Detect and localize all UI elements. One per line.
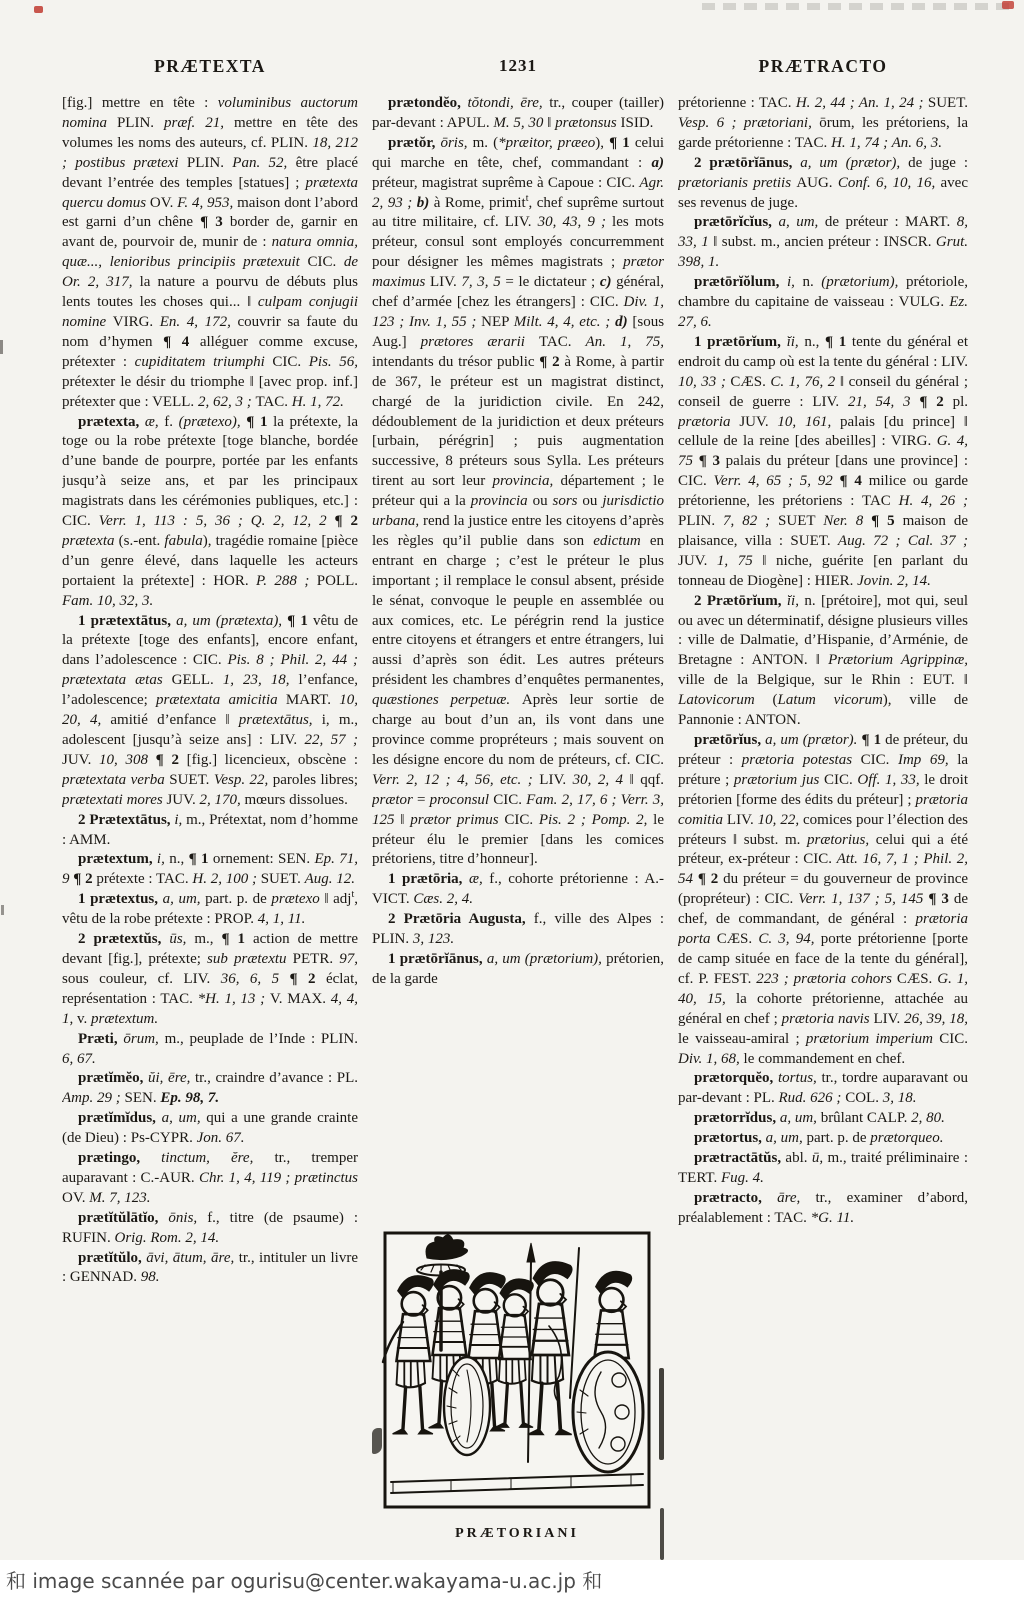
text-run: C. 1, 76, 2	[770, 374, 839, 390]
running-head-left: PRÆTEXTA	[62, 56, 358, 77]
text-run: præf. 21,	[164, 115, 234, 131]
text-run: Verr. 4, 65 ; 5, 92	[714, 473, 840, 489]
text-run: ‖ qqf.	[630, 772, 664, 788]
text-run: Latum vicorum	[777, 692, 882, 708]
text-run: ¶ 5	[871, 513, 902, 529]
text-run: SUET.	[261, 871, 305, 887]
text-run: ūs,	[169, 931, 194, 947]
text-run: GELL.	[172, 672, 223, 688]
ink-smudge-artifact	[659, 1368, 664, 1460]
text-run: prætoria navis	[782, 1011, 874, 1027]
text-run: Fam. 10, 32, 3.	[62, 593, 153, 609]
shield-icon	[444, 1357, 490, 1455]
text-run: Div. 1, 68,	[678, 1051, 744, 1067]
text-run: TAC.	[539, 334, 586, 350]
text-run: JUV.	[678, 553, 717, 569]
ink-smudge-artifact	[1, 905, 4, 915]
scan-credit-text: 和 image scannée par ogurisu@center.wakay…	[6, 1565, 602, 1594]
text-run: Imp 69,	[898, 752, 957, 768]
text-run: 4, 1, 11.	[258, 911, 306, 927]
praetoriani-figure: PRÆTORIANI	[378, 1230, 656, 1542]
text-run: prætōrĭus,	[694, 732, 765, 748]
text-run: CÆS.	[730, 374, 770, 390]
text-run: prætexta	[62, 533, 119, 549]
text-run: LIV.	[727, 812, 758, 828]
text-run: 2 Prætōrĭum,	[694, 593, 787, 609]
text-run: F. 4, 953,	[177, 195, 237, 211]
dictionary-entry: prætorrĭdus, a, um, brûlant CALP. 2, 80.	[678, 1109, 968, 1129]
dictionary-entry: 2 Prætextātus, i, m., Prétextat, nom d’h…	[62, 811, 358, 851]
text-run: ¶ 2	[539, 354, 564, 370]
text-run: ¶ 1	[221, 931, 253, 947]
text-run: prætextati mores	[62, 792, 166, 808]
text-run: 2 Prætōria Augusta,	[388, 911, 534, 927]
text-run: ¶ 2	[156, 752, 187, 768]
text-run: a, um,	[163, 891, 206, 907]
dictionary-entry: 1 prætōria, æ, f., cohorte prétorienne :…	[372, 870, 664, 910]
text-run: CIC.	[307, 254, 343, 270]
ink-smudge-artifact	[0, 340, 3, 354]
text-run: ¶ 1	[287, 613, 313, 629]
dictionary-entry: Præti, ōrum, m., peuplade de l’Inde : PL…	[62, 1030, 358, 1070]
text-run: fabula	[164, 533, 202, 549]
text-run: ¶ 2	[73, 871, 96, 887]
text-run: SUET.	[928, 95, 968, 111]
text-run: ville de la Belgique, sur le Rhin : EUT.…	[678, 672, 968, 688]
text-run: 2 Prætextātus,	[78, 812, 174, 828]
text-run: en entrant en charge ; c’est le préteur …	[372, 533, 664, 688]
text-run: Pis. 56,	[309, 354, 358, 370]
text-run: Pis. 2 ; Pomp. 2,	[539, 812, 653, 828]
text-run: ¶ 3	[928, 891, 954, 907]
text-run: AUG.	[796, 175, 838, 191]
text-run: CIC.	[824, 772, 857, 788]
dictionary-entry: 1 prætōrĭum, ĭi, n., ¶ 1 tente du généra…	[678, 333, 968, 592]
text-run: LIV.	[873, 1011, 904, 1027]
text-run: prétorienne : TAC.	[678, 95, 796, 111]
text-run: ōrum,	[123, 1031, 164, 1047]
text-run: prætexo	[271, 891, 324, 907]
text-run: a, um,	[778, 214, 824, 230]
text-run: CÆS.	[717, 931, 759, 947]
dictionary-page: PRÆTEXTA 1231 PRÆTRACTO [fig.] mettre en…	[0, 0, 1024, 1600]
text-run: JUV.	[166, 792, 199, 808]
text-run: a, um,	[162, 1110, 207, 1126]
dictionary-entry: prætĭmĕo, ŭi, ēre, tr., craindre d’avanc…	[62, 1069, 358, 1109]
text-run: 1 prætōrĭum,	[694, 334, 787, 350]
text-run: ōnis,	[168, 1210, 207, 1226]
text-run: ISID.	[621, 115, 654, 131]
text-run: H. 1, 74 ; An. 6, 3.	[831, 135, 942, 151]
dictionary-entry: prætŏr, ōris, m. (*præitor, præeo), ¶ 1 …	[372, 134, 664, 871]
text-run: ¶ 2	[919, 394, 952, 410]
dictionary-entry: prætondĕo, tŏtondi, ēre, tr., couper (ta…	[372, 94, 664, 134]
text-run: 36, 6, 5	[221, 971, 290, 987]
text-run: An. 1, 75,	[586, 334, 664, 350]
text-run: OV.	[62, 1190, 89, 1206]
text-run: prætextata verba	[62, 772, 169, 788]
text-run: PLIN.	[678, 513, 723, 529]
text-run: a, um (prætexta),	[176, 613, 287, 629]
text-run: Pan. 52,	[232, 155, 295, 171]
text-run: n.,	[169, 851, 188, 867]
text-run: [fig.] licencieux, obscène :	[187, 752, 358, 768]
text-run: SUET.	[169, 772, 214, 788]
text-run: c)	[600, 274, 616, 290]
text-run: ‖	[547, 115, 555, 131]
text-run: (prætorium),	[821, 274, 906, 290]
text-run: C. 3, 94,	[758, 931, 820, 947]
text-run: prætĭmĭdus,	[78, 1110, 162, 1126]
praetoriani-illustration	[381, 1230, 653, 1522]
dictionary-entry: prætingo, tinctum, ĕre, tr., tremper aup…	[62, 1149, 358, 1209]
text-run: ¶ 1	[189, 851, 213, 867]
text-run: Verr. 1, 137 ; 5, 145	[798, 891, 928, 907]
text-run: 7, 82 ;	[723, 513, 778, 529]
text-run: préteur, magistrat suprême à Capoue : CI…	[372, 175, 639, 191]
text-run: prætexta,	[78, 414, 145, 430]
text-run: PETR.	[293, 951, 340, 967]
text-run: edictum	[593, 533, 650, 549]
text-run: MART.	[286, 692, 339, 708]
text-run: ¶ 2	[698, 871, 723, 887]
ink-smudge-artifact	[660, 1508, 664, 1560]
text-run: prætextātus,	[239, 712, 322, 728]
text-run: CIC.	[861, 752, 898, 768]
running-head: PRÆTEXTA 1231 PRÆTRACTO	[0, 56, 1024, 80]
text-run: 6, 67.	[62, 1051, 96, 1067]
text-run: Milt. 4, 4, etc. ;	[514, 314, 615, 330]
text-run: 1, 23, 18,	[223, 672, 299, 688]
running-head-right: PRÆTRACTO	[678, 56, 968, 77]
text-run: ĭi,	[787, 334, 805, 350]
text-run: prætoria	[678, 414, 739, 430]
text-run: de juge :	[908, 155, 968, 171]
text-run: SUET	[778, 513, 823, 529]
text-run: a, um (prætor),	[800, 155, 908, 171]
text-run: la prétexte, la toge ou la robe prétexte…	[62, 414, 358, 530]
decorated-shield-icon	[573, 1352, 643, 1472]
text-run: quæstiones perpetuæ.	[372, 692, 522, 708]
text-run: tinctum, ĕre,	[161, 1150, 274, 1166]
text-run: Jon. 67.	[197, 1130, 245, 1146]
text-run: Rud. 626 ;	[779, 1090, 846, 1106]
text-run: 3, 18.	[883, 1090, 917, 1106]
text-run: āvi, ātum, āre,	[146, 1250, 238, 1266]
text-run: tortus,	[778, 1070, 821, 1086]
text-run: 1 prætōrĭānus,	[388, 951, 487, 967]
text-run: Verr. 1, 113 : 5, 36 ; Q. 2, 12, 2	[99, 513, 335, 529]
text-run: prætextum.	[91, 1011, 158, 1027]
text-run: prétexte : TAC.	[96, 871, 192, 887]
text-run: prætondĕo,	[388, 95, 468, 111]
text-run: JUV.	[62, 752, 99, 768]
text-run: prætĭtŭlātĭo,	[78, 1210, 168, 1226]
dictionary-entry: 1 prætextātus, a, um (prætexta), ¶ 1 vêt…	[62, 612, 358, 811]
text-run: NEP	[481, 314, 514, 330]
text-run: ĭi,	[787, 593, 805, 609]
text-run: (s.-ent.	[119, 533, 165, 549]
text-run: a, um,	[766, 1130, 807, 1146]
text-run: prætorianis pretiis	[678, 175, 796, 191]
text-run: Aug. 72 ; Cal. 37 ;	[838, 533, 968, 549]
text-run: Prætorium Agrippinæ,	[828, 652, 968, 668]
text-run: CÆS.	[897, 971, 937, 987]
text-run: Amp. 29 ;	[62, 1090, 125, 1106]
text-run: prætorium imperium	[806, 1031, 939, 1047]
text-run: prætŏr,	[388, 135, 440, 151]
text-run: m.,	[194, 931, 221, 947]
text-run: paroles libres;	[273, 772, 358, 788]
text-run: ¶ 4	[163, 334, 200, 350]
text-run: Orig. Rom. 2, 14.	[115, 1230, 220, 1246]
dictionary-entry: prætĭmĭdus, a, um, qui a une grande crai…	[62, 1109, 358, 1149]
dictionary-entry: 2 Prætōria Augusta, f., ville des Alpes …	[372, 910, 664, 950]
text-run: Latovicorum	[678, 692, 772, 708]
text-run: 1 prætextus,	[78, 891, 163, 907]
text-run: prætĭtŭlo,	[78, 1250, 146, 1266]
dictionary-entry: 2 prætextŭs, ūs, m., ¶ 1 action de mettr…	[62, 930, 358, 1030]
text-run: v.	[77, 1011, 91, 1027]
text-run: æ,	[145, 414, 164, 430]
text-run: 2, 170,	[200, 792, 245, 808]
text-run: prætoria potestas	[742, 752, 861, 768]
text-run: (prætexo),	[179, 414, 247, 430]
text-run: ¶ 3	[699, 453, 726, 469]
text-run: n.,	[804, 334, 825, 350]
text-run: part. p. de	[205, 891, 271, 907]
text-run: ¶ 1	[609, 135, 635, 151]
text-run: ōris,	[440, 135, 472, 151]
text-run: Ep. 98, 7.	[160, 1090, 219, 1106]
text-run: æ,	[469, 871, 489, 887]
text-run: M. 7, 123.	[89, 1190, 150, 1206]
dictionary-entry: prétorienne : TAC. H. 2, 44 ; An. 1, 24 …	[678, 94, 968, 154]
text-run: a, um (prætor).	[765, 732, 861, 748]
text-run: H. 2, 100 ;	[192, 871, 260, 887]
text-run: 2 prætōrĭānus,	[694, 155, 800, 171]
text-run: ornement: SEN.	[213, 851, 315, 867]
text-run: a)	[652, 155, 665, 171]
text-run: En. 4, 172,	[160, 314, 238, 330]
dictionary-entry: prætracto, āre, tr., examiner d’abord, p…	[678, 1189, 968, 1229]
dictionary-entry: prætĭtŭlo, āvi, ātum, āre, tr., intitule…	[62, 1249, 358, 1289]
text-run: amitié d’enfance ‖	[110, 712, 238, 728]
text-run: = le dictateur ;	[505, 274, 599, 290]
text-run: sous couleur, cf. LIV.	[62, 971, 221, 987]
text-run: intendants du trésor public	[372, 354, 539, 370]
column-middle: prætondĕo, tŏtondi, ēre, tr., couper (ta…	[372, 94, 664, 1230]
text-run: à Rome, à partir de 367, le préteur est …	[372, 354, 664, 489]
text-run: i,	[174, 812, 186, 828]
text-run: Verr. 2, 12 ; 4, 56, etc. ;	[372, 772, 539, 788]
column-right: prétorienne : TAC. H. 2, 44 ; An. 1, 24 …	[678, 94, 968, 1560]
text-run: ¶ 3	[200, 214, 230, 230]
text-run: m. (	[473, 135, 498, 151]
text-run: ),	[595, 135, 609, 151]
dictionary-entry: prætōrĭus, a, um (prætor). ¶ 1 de préteu…	[678, 731, 968, 1069]
text-run: cupiditatem triumphi	[135, 354, 273, 370]
text-run: ou	[582, 493, 602, 509]
column-left: [fig.] mettre en tête : voluminibus auct…	[62, 94, 358, 1560]
text-run: i,	[787, 274, 802, 290]
text-run: prætonsus	[555, 115, 620, 131]
text-run: CIC.	[272, 354, 308, 370]
text-run: 1, 75	[717, 553, 762, 569]
text-run: ‖ subst. m., ancien préteur : INSCR.	[713, 234, 936, 250]
dictionary-entry: prætorquĕo, tortus, tr., tordre auparava…	[678, 1069, 968, 1109]
text-run: Aug. 12.	[305, 871, 355, 887]
text-run: f.	[164, 414, 178, 430]
text-run: TAC.	[255, 394, 291, 410]
text-run: 2 prætextŭs,	[78, 931, 169, 947]
text-run: tr., craindre d’avance : PL.	[195, 1070, 358, 1086]
text-run: le vaisseau-amiral ;	[678, 1031, 806, 1047]
text-run: VIRG.	[113, 314, 160, 330]
text-run: *præitor, præeo	[498, 135, 595, 151]
text-run: pl.	[953, 394, 968, 410]
text-run: 3, 123.	[413, 931, 454, 947]
text-run: prætores ærarii	[421, 334, 539, 350]
text-run: Off. 1, 33,	[857, 772, 924, 788]
text-run: Jovin. 2, 14.	[857, 573, 931, 589]
text-run: Fug. 4.	[721, 1170, 764, 1186]
text-run: Vesp. 22,	[214, 772, 273, 788]
text-run: ¶ 1	[861, 732, 885, 748]
text-run: 26, 39, 18,	[904, 1011, 968, 1027]
text-run: ŭi, ēre,	[148, 1070, 195, 1086]
text-run: ¶ 1	[825, 334, 852, 350]
text-run: LIV.	[430, 274, 461, 290]
text-run: prætōrĭŏlum,	[694, 274, 787, 290]
text-run: 1 prætōria,	[388, 871, 469, 887]
text-run: H. 4, 26 ;	[899, 493, 968, 509]
text-run: H. 1, 72.	[292, 394, 344, 410]
text-run: āre,	[777, 1190, 815, 1206]
dictionary-entry: prætōrĭcĭus, a, um, de préteur : MART. 8…	[678, 213, 968, 273]
text-run: prætortus,	[694, 1130, 766, 1146]
figure-caption: PRÆTORIANI	[378, 1526, 656, 1542]
text-run: POLL.	[317, 573, 358, 589]
text-run: n.	[802, 274, 821, 290]
text-run: prætorius,	[807, 832, 876, 848]
text-run: i,	[157, 851, 169, 867]
text-run: mœurs dissolues.	[245, 792, 348, 808]
text-run: a, um (prætorium),	[487, 951, 606, 967]
text-run: prætōrĭcĭus,	[694, 214, 778, 230]
text-run: ou	[533, 493, 553, 509]
text-run: ‖ adj	[324, 891, 351, 907]
text-run: Cæs. 2, 4.	[413, 891, 473, 907]
text-run: provincia,	[493, 473, 561, 489]
text-run: LIV.	[539, 772, 572, 788]
text-run: ¶ 2	[334, 513, 358, 529]
text-run: 7, 3, 5	[461, 274, 505, 290]
text-run: sors	[553, 493, 583, 509]
text-run: a, um,	[780, 1110, 821, 1126]
dictionary-entry: 1 prætextus, a, um, part. p. de prætexo …	[62, 890, 358, 930]
text-run: 10, 161,	[777, 414, 840, 430]
text-run: prætĭmĕo,	[78, 1070, 148, 1086]
text-run: prætorqueo.	[870, 1130, 943, 1146]
text-run: P. 288 ;	[256, 573, 317, 589]
text-run: 97,	[339, 951, 358, 967]
text-run: OV.	[150, 195, 177, 211]
text-run: 10, 22,	[758, 812, 803, 828]
dictionary-entry: prætextum, i, n., ¶ 1 ornement: SEN. Ep.…	[62, 850, 358, 890]
dictionary-entry: prætōrĭŏlum, i, n. (prætorium), prétorio…	[678, 273, 968, 333]
text-run: PLIN.	[117, 115, 164, 131]
text-run: sub prætextu	[207, 951, 293, 967]
text-run: 30, 2, 4	[573, 772, 630, 788]
text-run: Ner. 8	[823, 513, 871, 529]
text-run: 22, 57 ;	[305, 732, 358, 748]
text-run: prætorquĕo,	[694, 1070, 778, 1086]
text-run: tŏtondi, ēre,	[468, 95, 550, 111]
text-run: COL.	[845, 1090, 883, 1106]
dictionary-entry: prætĭtŭlātĭo, ōnis, f., titre (de psaume…	[62, 1209, 358, 1249]
text-run: prætextata amicitia	[156, 692, 286, 708]
text-run: abl.	[785, 1150, 811, 1166]
text-run: prætor primus	[410, 812, 504, 828]
dictionary-entry: prætortus, a, um, part. p. de prætorqueo…	[678, 1129, 968, 1149]
text-run: 223 ; prætoria cohors	[756, 971, 897, 987]
text-run: brûlant CALP.	[821, 1110, 911, 1126]
text-run: SEN.	[125, 1090, 161, 1106]
text-run: prætorium jus	[734, 772, 824, 788]
text-run: provincia	[471, 493, 533, 509]
dictionary-entry: prætractātŭs, abl. ū, m., traité prélimi…	[678, 1149, 968, 1189]
text-run: V. MAX.	[270, 991, 331, 1007]
text-run: prætractātŭs,	[694, 1150, 785, 1166]
text-run: proconsul	[430, 792, 494, 808]
text-run: CIC.	[504, 812, 539, 828]
text-run: 10, 308	[99, 752, 156, 768]
red-mark-artifact	[1002, 1, 1014, 9]
text-run: d)	[615, 314, 632, 330]
text-run: H. 2, 44 ; An. 1, 24 ;	[796, 95, 928, 111]
dictionary-entry: 2 Prætōrĭum, ĭi, n. [prétoire], mot qui,…	[678, 592, 968, 731]
dictionary-entry: [fig.] mettre en tête : voluminibus auct…	[62, 94, 358, 413]
text-run: ¶ 4	[840, 473, 869, 489]
text-run: part. p. de	[807, 1130, 871, 1146]
text-run: prætorrĭdus,	[694, 1110, 780, 1126]
text-run: m., peuplade de l’Inde : PLIN.	[165, 1031, 358, 1047]
text-run: ū,	[812, 1150, 828, 1166]
text-run: 21, 54, 3	[848, 394, 919, 410]
red-mark-artifact	[34, 6, 43, 13]
text-run: PLIN.	[187, 155, 232, 171]
text-run: prætracto,	[694, 1190, 777, 1206]
text-run: [fig.] mettre en tête :	[62, 95, 218, 111]
dictionary-entry: 2 prætōrĭānus, a, um (prætor), de juge :…	[678, 154, 968, 214]
text-run: à Rome, primit	[434, 195, 526, 211]
text-run: ¶ 2	[290, 971, 326, 987]
text-run: 2, 80.	[911, 1110, 945, 1126]
dictionary-entry: 1 prætōrĭānus, a, um (prætorium), prétor…	[372, 950, 664, 990]
dictionary-entry: prætexta, æ, f. (prætexo), ¶ 1 la prétex…	[62, 413, 358, 612]
text-run: 1 prætextātus,	[78, 613, 176, 629]
text-run: 2, 62, 3 ;	[198, 394, 256, 410]
text-run: prætor	[372, 792, 417, 808]
text-run: Vesp. 6 ; prætoriani,	[678, 115, 819, 131]
text-run: le commandement en chef.	[744, 1051, 906, 1067]
text-run: prætingo,	[78, 1150, 161, 1166]
text-run: M. 5, 30	[493, 115, 547, 131]
text-run: 98.	[141, 1269, 160, 1285]
text-run: de préteur : MART.	[825, 214, 957, 230]
text-run: *G. 11.	[811, 1210, 854, 1226]
